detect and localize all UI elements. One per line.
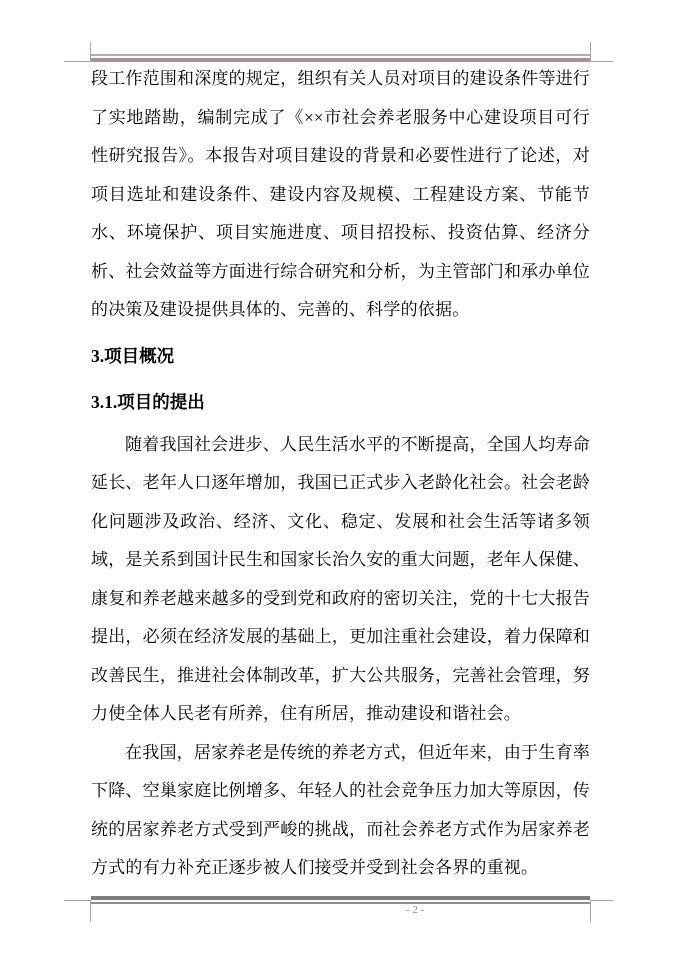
paragraph-home-care: 在我国，居家养老是传统的养老方式，但近年来，由于生育率下降、空巢家庭比例增多、年… [91, 734, 590, 888]
crop-mark-bottom-left-vertical [90, 901, 91, 922]
subsection-heading: 3.1.项目的提出 [91, 382, 590, 422]
crop-mark-top-right-vertical [590, 42, 591, 62]
crop-mark-top-right-horizontal [590, 61, 613, 62]
crop-mark-bottom-right-vertical [590, 901, 591, 922]
footer-rule-top [91, 896, 590, 900]
crop-mark-top-left-horizontal [64, 61, 91, 62]
page-number: - 2 - [365, 903, 465, 917]
text-body: 段工作范围和深度的规定，组织有关人员对项目的建设条件等进行了实地踏勘，编制完成了… [91, 60, 590, 888]
section-heading: 3.项目概况 [91, 336, 590, 376]
footer-rule-bottom [91, 902, 590, 904]
header-rule-top [91, 54, 590, 56]
crop-mark-top-left-vertical [90, 42, 91, 62]
paragraph-aging-society: 随着我国社会进步、人民生活水平的不断提高，全国人均寿命延长、老年人口逐年增加，我… [91, 426, 590, 734]
document-page: 段工作范围和深度的规定，组织有关人员对项目的建设条件等进行了实地踏勘，编制完成了… [0, 0, 673, 963]
crop-mark-bottom-right-horizontal [590, 900, 613, 901]
paragraph-continuation: 段工作范围和深度的规定，组织有关人员对项目的建设条件等进行了实地踏勘，编制完成了… [91, 60, 590, 330]
crop-mark-bottom-left-horizontal [64, 900, 91, 901]
